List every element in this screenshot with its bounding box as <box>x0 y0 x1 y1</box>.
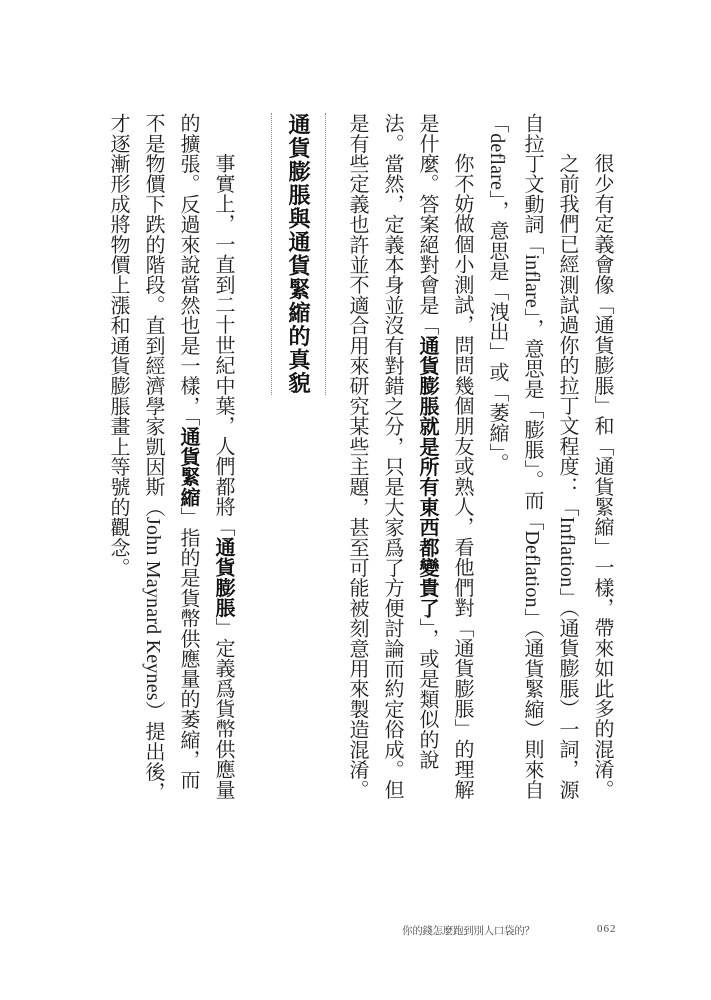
section-heading: 通貨膨脹與通貨緊縮的真貌 <box>270 113 327 803</box>
book-page: 很少有定義會像「通貨膨脹」和「通貨緊縮」一樣，帶來如此多的混淆。 之前我們已經測… <box>0 0 711 1000</box>
paragraph-2: 之前我們已經測試過你的拉丁文程度：「Inflation」（通貨膨脹）一詞，源自拉… <box>479 113 584 803</box>
section-heading-text: 通貨膨脹與通貨緊縮的真貌 <box>271 113 326 395</box>
emphasis-inflation-term: 通貨膨脹 <box>212 537 234 618</box>
emphasis-deflation-term: 通貨緊縮 <box>177 426 199 507</box>
paragraph-4: 事實上，一直到二十世紀中葉，人們都將「通貨膨脹」定義爲貨幣供應量的擴張。反過來說… <box>100 113 240 803</box>
footer-page-number: 062 <box>597 923 617 935</box>
main-text-block: 很少有定義會像「通貨膨脹」和「通貨緊縮」一樣，帶來如此多的混淆。 之前我們已經測… <box>100 113 619 803</box>
paragraph-1: 很少有定義會像「通貨膨脹」和「通貨緊縮」一樣，帶來如此多的混淆。 <box>584 113 619 803</box>
emphasis-inflation-everything-pricier: 通貨膨脹就是所有東西都變貴了 <box>416 335 438 618</box>
paragraph-3: 你不妨做個小測試，問問幾個朋友或熟人，看他們對「通貨膨脹」的理解是什麼。答案絕對… <box>339 113 479 803</box>
paragraph-4-text-1: 事實上，一直到二十世紀中葉，人們都將「 <box>212 153 234 537</box>
footer-book-title: 你的錢怎麼跑到別人口袋的？ <box>402 923 535 938</box>
